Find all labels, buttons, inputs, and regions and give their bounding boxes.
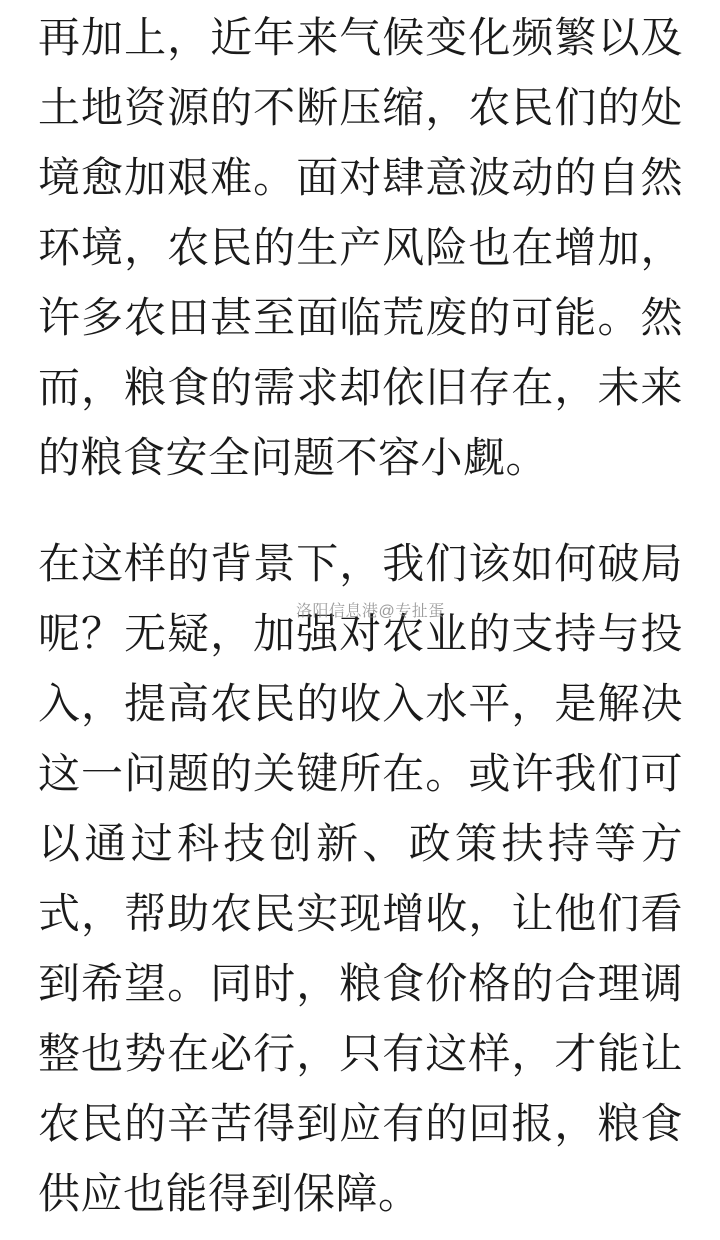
paragraph-2: 在这样的背景下，我们该如何破局呢？无疑，加强对农业的支持与投入，提高农民的收入水… <box>38 529 683 1229</box>
paragraph-1: 再加上，近年来气候变化频繁以及土地资源的不断压缩，农民们的处境愈加艰难。面对肆意… <box>38 3 683 493</box>
article-body: 再加上，近年来气候变化频繁以及土地资源的不断压缩，农民们的处境愈加艰难。面对肆意… <box>0 0 720 1229</box>
